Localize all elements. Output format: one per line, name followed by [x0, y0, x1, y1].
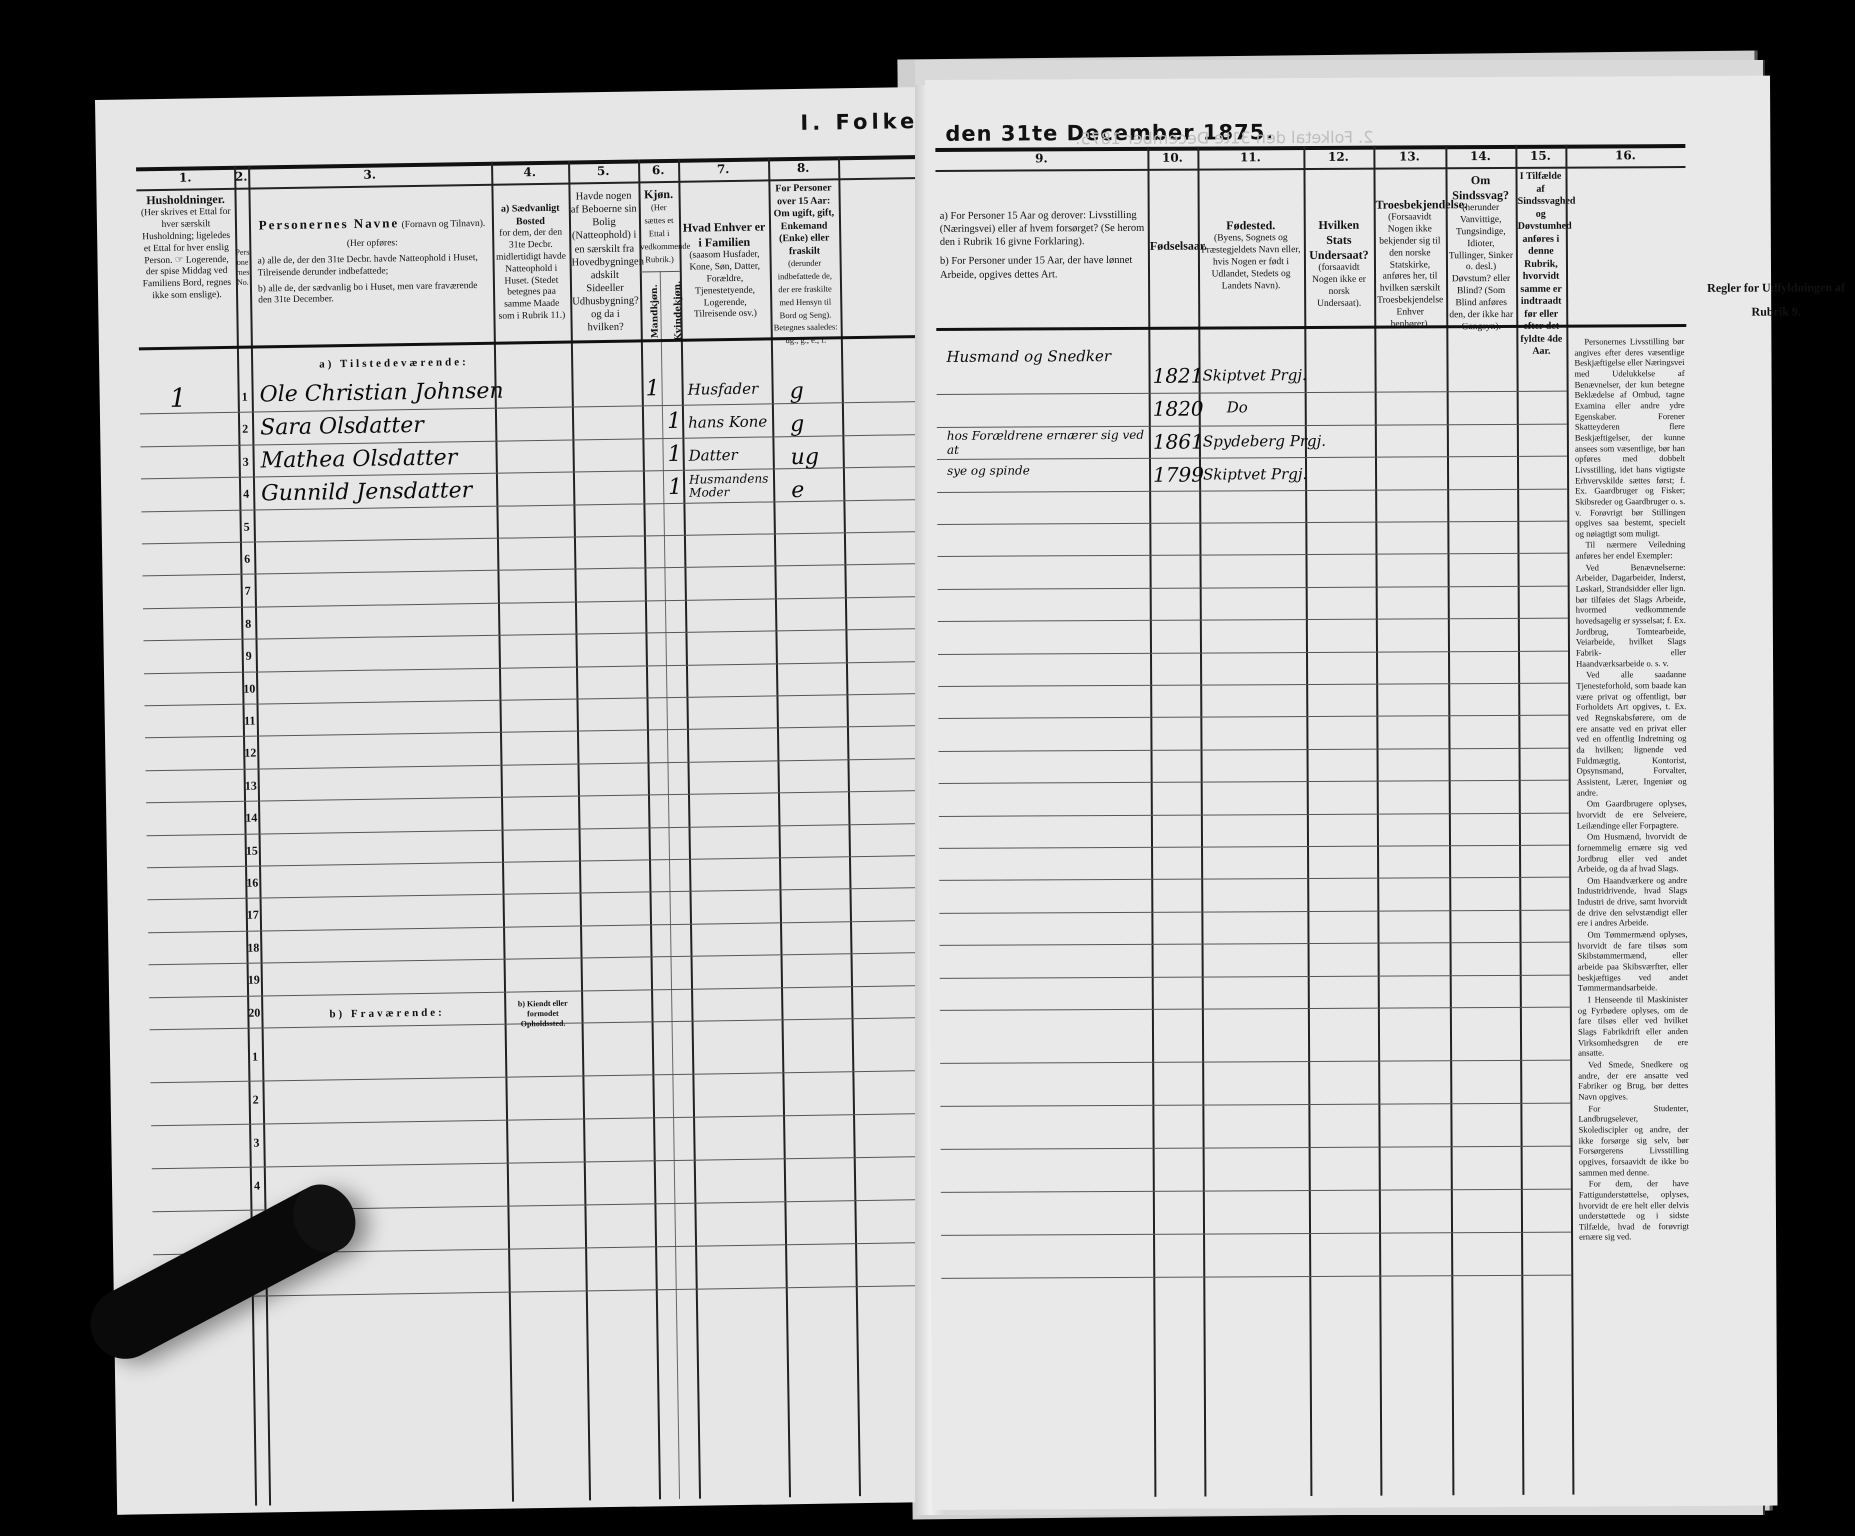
row-line — [938, 650, 1568, 654]
col-divider — [1565, 145, 1574, 1495]
colnum-10: 10. — [1147, 151, 1197, 165]
person-1-role: Husfader — [687, 380, 758, 399]
col-divider — [768, 157, 791, 1497]
person-3-sex-female: 1 — [667, 442, 681, 467]
row-line — [939, 909, 1569, 913]
col-divider — [1445, 145, 1454, 1495]
row-number: 3 — [235, 454, 257, 469]
row-number: 4 — [235, 487, 257, 502]
col16-header: Regler for Udfyldningen af Rubrik 9. — [1696, 275, 1855, 324]
person-1-name: Ole Christian Johnsen — [259, 379, 503, 408]
present-rows: 1234567891011121314151617181920 — [95, 87, 930, 100]
col15-header: I Tilfælde af Sindssvaghed og Døvstumhed… — [1517, 171, 1564, 359]
col7-heading: Hvad Enhver er i Familien — [681, 219, 767, 250]
col13-heading: Troesbekjendelse. — [1376, 197, 1444, 212]
col6-heading: Kjøn. — [639, 187, 677, 203]
col-divider — [1147, 147, 1156, 1497]
col3-subheading: (Fornavn og Tilnavn). — [402, 219, 486, 230]
row-line — [940, 1103, 1570, 1107]
col11-text: (Byens, Sognets og Præstegjeldets Navn e… — [1201, 233, 1300, 291]
col1-heading: Husholdninger. — [138, 192, 232, 208]
row-line — [938, 618, 1568, 622]
person-1-birthplace: Skiptvet Prgj. — [1203, 366, 1307, 385]
col3-header: Personernes Navne (Fornavn og Tilnavn). … — [257, 214, 488, 308]
absent-row-line — [150, 1070, 945, 1083]
col14-text: (herunder Vanvittige, Tungsindige, Idiot… — [1449, 203, 1513, 332]
pen-pointer — [78, 1174, 367, 1372]
person-1-occupation: Husmand og Snedker — [946, 347, 1111, 366]
row-number: 16 — [241, 875, 263, 890]
col-divider — [1373, 146, 1382, 1496]
col-divider — [678, 159, 701, 1499]
col-divider — [1303, 146, 1312, 1496]
col12-text: (forsaavidt Nogen ikke er norsk Undersaa… — [1312, 263, 1366, 309]
row-line — [938, 585, 1568, 589]
row-line — [939, 780, 1569, 784]
row-number: 20 — [243, 1005, 265, 1020]
col9-text-a: a) For Personer 15 Aar og derover: Livss… — [940, 209, 1145, 249]
colnum-5: 5. — [568, 163, 638, 178]
colnum-16: 16. — [1565, 148, 1685, 163]
rule-para: Om Tømmermænd oplyses, hvorvidt de fare … — [1577, 929, 1687, 994]
row-number: 1 — [234, 390, 256, 405]
person-4-marital: e — [791, 478, 804, 503]
row-number: 9 — [238, 649, 260, 664]
person-1-birth-year: 1821 — [1152, 364, 1203, 388]
person-2-marital: g — [790, 412, 804, 437]
colnum-rule — [935, 166, 1685, 172]
row-line — [149, 952, 944, 965]
row-number: 18 — [242, 940, 264, 955]
col1-header: Husholdninger. (Her skrives et Ettal for… — [138, 192, 234, 303]
right-rows — [925, 76, 1770, 80]
row-number: 15 — [241, 843, 263, 858]
person-1-sex-male: 1 — [645, 376, 659, 401]
row-line — [142, 563, 937, 576]
rubrik-9-rules: Personernes Livsstilling bør angives eft… — [1574, 336, 1689, 1244]
col3-text-a: a) alle de, der den 31te Decbr. havde Na… — [257, 253, 487, 280]
col4-header: a) Sædvanligt Bosted for dem, der den 31… — [494, 203, 569, 324]
row-line — [148, 920, 943, 933]
col14-header: Om Sindssvag? (herunder Vanvittige, Tung… — [1447, 173, 1514, 334]
row-line — [937, 423, 1567, 427]
row-line — [940, 1060, 1570, 1064]
row-line — [147, 822, 942, 835]
col-divider — [568, 161, 591, 1501]
colnum-13: 13. — [1373, 149, 1445, 163]
person-3-role: Datter — [689, 446, 738, 465]
colnum-2: 2. — [234, 170, 248, 184]
header-bottom-rule — [936, 324, 1686, 331]
absent-row-line — [154, 1285, 949, 1298]
col12-heading: Hvilken Stats Undersaat? — [1306, 218, 1372, 263]
row-line — [143, 628, 938, 641]
row-line — [939, 747, 1569, 751]
absent-row-number: 4 — [246, 1178, 268, 1193]
person-2-birth-year: 1820 — [1153, 397, 1204, 421]
pen-tip — [281, 1174, 367, 1264]
row-number: 2 — [234, 422, 256, 437]
person-3-name: Mathea Olsdatter — [260, 445, 457, 473]
row-line — [144, 660, 939, 673]
col4-heading: a) Sædvanligt Bosted — [494, 203, 567, 229]
row-number: 10 — [238, 681, 260, 696]
col3-intro: (Her opføres: — [257, 237, 487, 252]
colnum-15: 15. — [1515, 149, 1565, 163]
row-number: 17 — [242, 908, 264, 923]
col12-header: Hvilken Stats Undersaat? (forsaavidt Nog… — [1306, 218, 1372, 311]
col8-text: (derunder indbefattede de, der ere frask… — [774, 258, 838, 346]
row-line — [939, 845, 1569, 849]
colnum-3: 3. — [248, 166, 491, 184]
row-line — [941, 1189, 1571, 1193]
person-4-birth-year: 1799 — [1153, 463, 1204, 487]
row-line — [146, 790, 941, 803]
col-divider — [491, 162, 514, 1502]
row-line — [940, 1007, 1570, 1011]
col11-header: Fødested. (Byens, Sognets og Præstegjeld… — [1200, 218, 1302, 293]
row-line — [940, 942, 1570, 946]
row-line — [148, 887, 943, 900]
row-line — [941, 1275, 1571, 1279]
col4-text: for dem, der den 31te Decbr. midlertidig… — [496, 228, 566, 322]
person-3-birthplace: Spydeberg Prgj. — [1203, 432, 1326, 451]
row-line — [941, 1232, 1571, 1236]
col9-text-b: b) For Personer under 15 Aar, der have l… — [940, 254, 1145, 281]
row-line — [149, 984, 944, 997]
person-4-occupation: sye og spinde — [947, 463, 1030, 477]
col13-header: Troesbekjendelse. (Forsaavidt Nogen ikke… — [1376, 197, 1445, 331]
colnum-1: 1. — [136, 170, 234, 186]
col-divider — [838, 156, 861, 1496]
col6-sub-male: Mandkjøn. — [650, 284, 661, 338]
rule-para: For dem, der have Fattigunderstøttelse, … — [1579, 1178, 1689, 1243]
person-3-occupation: hos Forældrene ernærer sig ved at — [947, 429, 1147, 458]
col8-heading: For Personer over 15 Aar: Om ugift, gift… — [770, 182, 837, 258]
row-line — [145, 725, 940, 738]
row-number: 6 — [236, 551, 258, 566]
household-number: 1 — [169, 384, 186, 414]
colnum-6: 6. — [638, 163, 678, 178]
left-page: I. Folketal 1. 2. 3. 4. 5. 6. 7. 8. Hush… — [95, 87, 952, 1515]
row-line — [938, 715, 1568, 719]
rule-para: Om Gaardbrugere oplyses, hvorvidt de ere… — [1577, 798, 1687, 831]
colnum-8: 8. — [768, 160, 838, 175]
section-absent-label: b) Fraværende: — [329, 1007, 445, 1021]
row-line — [940, 974, 1570, 978]
absent-row-line — [152, 1156, 947, 1169]
col13-text: (Forsaavidt Nogen ikke bekjender sig til… — [1377, 212, 1443, 329]
col1-text: (Her skrives et Ettal for hver særskilt … — [141, 207, 231, 301]
absent-rows: 123456 — [95, 87, 930, 100]
rule-para: Ved alle saadanne Tjenesteforhold, som b… — [1576, 669, 1687, 797]
col10-header: Fødselsaar. — [1150, 239, 1196, 254]
row-line — [941, 1146, 1571, 1150]
row-line — [146, 758, 941, 771]
col14-heading: Om Sindssvag? — [1447, 173, 1513, 203]
col9-header: a) For Personer 15 Aar og derover: Livss… — [940, 209, 1145, 282]
person-2-name: Sara Olsdatter — [260, 413, 424, 441]
person-2-sex-female: 1 — [667, 409, 681, 434]
col-divider — [638, 159, 661, 1499]
person-4-sex-female: 1 — [668, 475, 682, 500]
section-present-label: a) Tilstedeværende: — [319, 356, 469, 370]
person-2-birthplace: Do — [1227, 398, 1248, 416]
row-line — [937, 488, 1567, 492]
col5-header: Havde nogen af Beboerne sin Bolig (Natte… — [570, 190, 638, 335]
rule-para: Om Haandværkere og andre Industridrivend… — [1577, 875, 1687, 929]
row-number: 8 — [237, 616, 259, 631]
absent-row-number: 2 — [245, 1092, 267, 1107]
rule-para: Til nærmere Veiledning anføres her endel… — [1575, 539, 1685, 561]
col2-header: Personernes No. — [235, 248, 250, 288]
row-line — [937, 391, 1567, 395]
colnum-4: 4. — [491, 165, 568, 180]
col-divider — [1197, 147, 1206, 1497]
row-line — [145, 693, 940, 706]
row-line — [937, 553, 1567, 557]
col3-text-b: b) alle de, der sædvanlig bo i Huset, me… — [258, 280, 488, 307]
row-line — [143, 596, 938, 609]
row-line — [142, 531, 937, 544]
row-number: 14 — [240, 811, 262, 826]
person-4-birthplace: Skiptvet Prgj. — [1203, 465, 1307, 484]
colnum-9: 9. — [935, 151, 1147, 166]
col10-heading: Fødselsaar. — [1150, 239, 1196, 254]
absent-col4-label: b) Kiendt eller formodet Opholdssted. — [506, 999, 579, 1030]
col6-header: Kjøn. (Her sættes et Ettal i vedkommende… — [639, 187, 678, 267]
absent-row-number: 1 — [244, 1049, 266, 1064]
absent-row-number: 3 — [245, 1135, 267, 1150]
right-page: den 31te December 1875. 2. Folketal den … — [925, 76, 1777, 1510]
person-4-role: Husmandens Moder — [689, 472, 773, 500]
rule-para: Ved Benævnelserne: Arbeider, Dagarbeider… — [1576, 562, 1687, 669]
person-2-role: hans Kone — [688, 412, 767, 431]
rule-para: I Henseende til Maskinister og Fyrbødere… — [1578, 994, 1688, 1059]
colnum-12: 12. — [1303, 150, 1373, 164]
colnum-11: 11. — [1197, 150, 1303, 165]
census-form-spread: I. Folketal 1. 2. 3. 4. 5. 6. 7. 8. Hush… — [95, 75, 1785, 1520]
col8-header: For Personer over 15 Aar: Om ugift, gift… — [770, 182, 839, 348]
row-line — [939, 877, 1569, 881]
colnum-14: 14. — [1445, 149, 1515, 163]
col7-text: (saasom Husfader, Kone, Søn, Datter, For… — [689, 250, 760, 320]
row-number: 19 — [243, 973, 265, 988]
row-number: 11 — [239, 713, 261, 728]
rule-para: Om Husmænd, hvorvidt de fornemmelig ernæ… — [1577, 831, 1687, 874]
colnum-7: 7. — [678, 161, 768, 176]
person-3-marital: ug — [791, 445, 820, 470]
row-line — [147, 855, 942, 868]
row-line — [938, 683, 1568, 687]
rule-para: Personernes Livsstilling bør angives eft… — [1574, 336, 1685, 539]
rule-para: For Studenter, Landbrugselever, Skoledis… — [1578, 1103, 1688, 1178]
row-number: 7 — [237, 584, 259, 599]
col7-header: Hvad Enhver er i Familien (saasom Husfad… — [681, 219, 769, 322]
person-4-name: Gunnild Jensdatter — [261, 478, 472, 506]
rule-para: Ved Smede, Snedkere og andre, der ere an… — [1578, 1059, 1688, 1102]
row-number: 13 — [240, 778, 262, 793]
person-1-marital: g — [789, 379, 803, 404]
col-divider — [234, 166, 257, 1506]
row-line — [939, 812, 1569, 816]
row-number: 12 — [239, 746, 261, 761]
row-number: 5 — [236, 519, 258, 534]
row-line — [937, 521, 1567, 525]
person-3-birth-year: 1861 — [1153, 430, 1204, 454]
col11-heading: Fødested. — [1200, 218, 1302, 234]
col3-heading: Personernes Navne — [259, 215, 400, 232]
absent-row-line — [151, 1113, 946, 1126]
